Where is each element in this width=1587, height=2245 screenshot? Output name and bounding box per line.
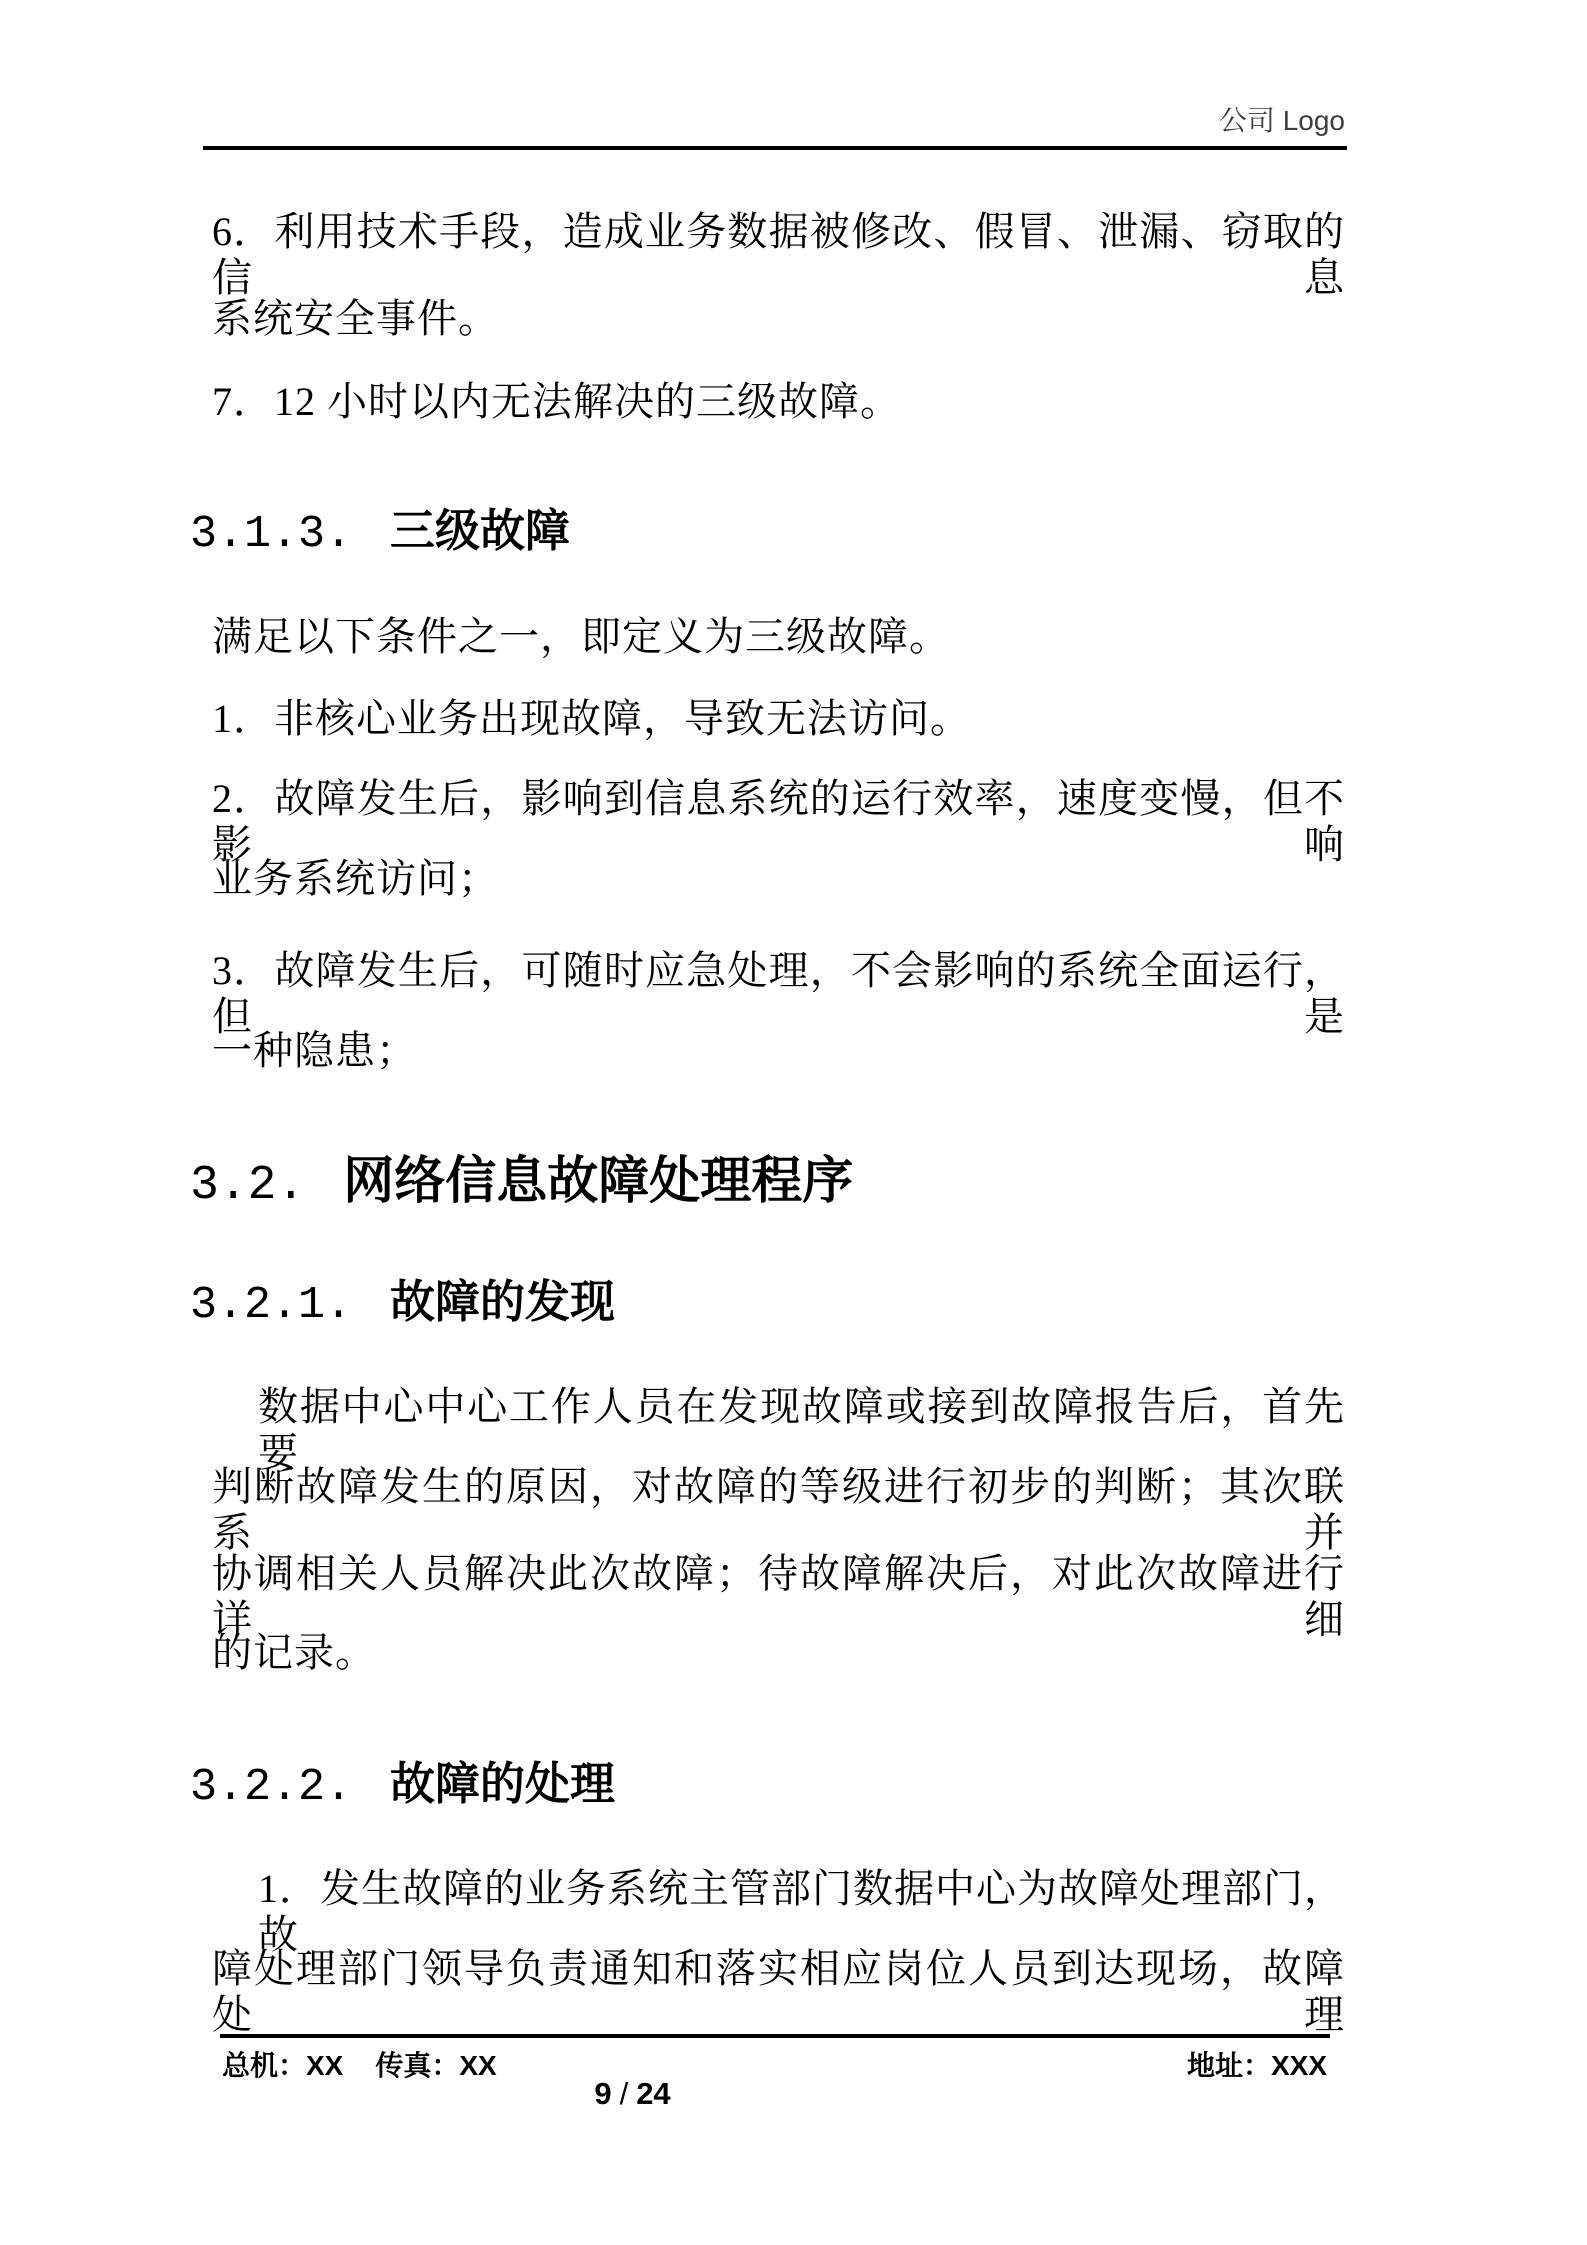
footer-divider: [220, 2034, 1330, 2038]
paragraph-line: 1．非核心业务出现故障，导致无法访问。: [212, 696, 1345, 742]
heading-title: 故障的发现: [390, 1277, 615, 1327]
page-number-total: 24: [636, 2076, 670, 2111]
heading-number: 3.2.2.: [190, 1762, 352, 1813]
footer-fax: 传真：XX: [375, 2050, 496, 2081]
footer-phone: 总机：XX: [222, 2050, 343, 2081]
paragraph-line: 的记录。: [212, 1630, 1345, 1676]
page-number-separator: /: [612, 2076, 637, 2111]
heading-title: 网络信息故障处理程序: [343, 1152, 853, 1209]
heading-title: 三级故障: [390, 506, 570, 556]
heading-3-2-1: 3.2.1.故障的发现: [190, 1265, 615, 1331]
paragraph-line: 判断故障发生的原因，对故障的等级进行初步的判断；其次联系并: [212, 1464, 1345, 1556]
paragraph-line: 障处理部门领导负责通知和落实相应岗位人员到达现场，故障处理: [212, 1946, 1345, 2038]
heading-title: 故障的处理: [390, 1759, 615, 1809]
heading-3-1-3: 3.1.3.三级故障: [190, 494, 570, 560]
footer-address: 地址：XXX: [1187, 2044, 1327, 2084]
paragraph-line: 6．利用技术手段，造成业务数据被修改、假冒、泄漏、窃取的信息: [212, 209, 1345, 301]
heading-number: 3.2.: [190, 1159, 305, 1213]
heading-3-2: 3.2.网络信息故障处理程序: [190, 1139, 853, 1213]
paragraph-line: 一种隐患；: [212, 1028, 1345, 1074]
header-divider: [203, 146, 1347, 150]
paragraph-line: 3．故障发生后，可随时应急处理，不会影响的系统全面运行，但是: [212, 948, 1345, 1040]
page-number: 9/24: [520, 2076, 745, 2112]
footer: 总机：XX传真：XX 地址：XXX: [222, 2044, 1327, 2084]
footer-contact: 总机：XX传真：XX: [222, 2044, 497, 2084]
heading-number: 3.1.3.: [190, 509, 352, 560]
paragraph-line: 满足以下条件之一，即定义为三级故障。: [212, 614, 1345, 660]
paragraph-line: 业务系统访问；: [212, 856, 1345, 902]
paragraph-line: 数据中心中心工作人员在发现故障或接到故障报告后，首先要: [212, 1384, 1345, 1476]
paragraph-line: 2．故障发生后，影响到信息系统的运行效率，速度变慢，但不影响: [212, 776, 1345, 868]
paragraph-line: 系统安全事件。: [212, 296, 1345, 342]
company-logo-text: 公司 Logo: [1219, 104, 1345, 138]
page-number-current: 9: [594, 2076, 611, 2111]
paragraph-line: 1．发生故障的业务系统主管部门数据中心为故障处理部门，故: [212, 1866, 1345, 1958]
heading-number: 3.2.1.: [190, 1280, 352, 1331]
heading-3-2-2: 3.2.2.故障的处理: [190, 1747, 615, 1813]
document-page: 公司 Logo 6．利用技术手段，造成业务数据被修改、假冒、泄漏、窃取的信息 系…: [0, 0, 1587, 2245]
paragraph-line: 7．12 小时以内无法解决的三级故障。: [212, 379, 1345, 425]
